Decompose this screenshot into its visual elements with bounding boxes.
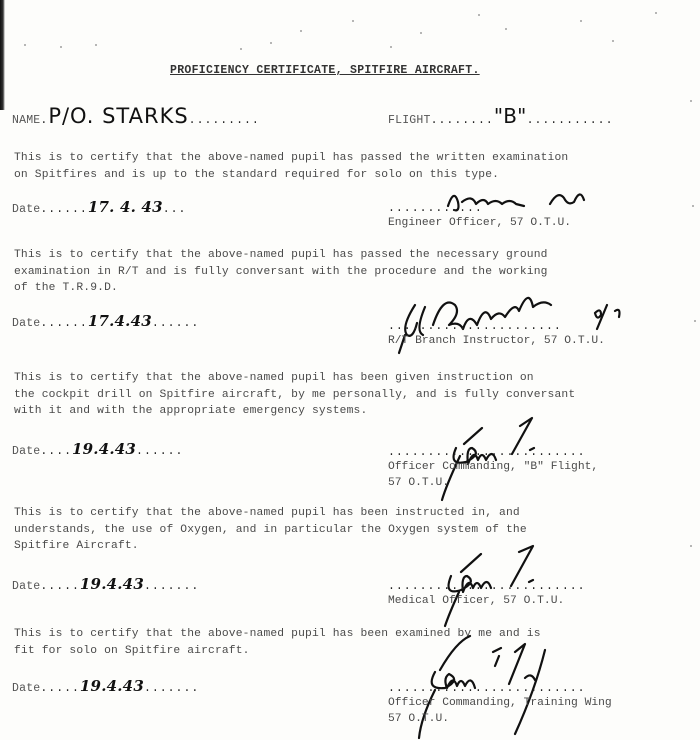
section-1-date-row: Date......17. 4. 43... [12, 198, 186, 216]
name-label: NAME [12, 114, 40, 127]
section-4-text: This is to certify that the above-named … [14, 505, 694, 555]
section-4-date-row: Date.....19.4.43....... [12, 575, 199, 593]
section-4-date: 19.4.43 [80, 575, 144, 593]
section-3-text: This is to certify that the above-named … [14, 370, 694, 420]
certificate-title: PROFICIENCY CERTIFICATE, SPITFIRE AIRCRA… [170, 64, 530, 77]
section-2-date-row: Date......17.4.43...... [12, 312, 199, 330]
scan-edge-shadow [0, 0, 5, 110]
section-1-text: This is to certify that the above-named … [14, 150, 694, 183]
section-1-date: 17. 4. 43 [88, 198, 163, 216]
section-3-date: 19.4.43 [72, 440, 136, 458]
section-5-date-row: Date.....19.4.43....... [12, 677, 199, 695]
section-2-text: This is to certify that the above-named … [14, 247, 694, 297]
flight-label: FLIGHT [388, 114, 431, 127]
section-5-date: 19.4.43 [80, 677, 144, 695]
flight-row: FLIGHT........"B"........... [388, 104, 613, 128]
section-5-signatory: ......................... Officer Comman… [388, 682, 612, 727]
name-value: P/O. STARKS [48, 104, 188, 128]
section-3-signatory: ......................... Officer Comman… [388, 446, 598, 491]
section-5-text: This is to certify that the above-named … [14, 626, 694, 659]
name-row: NAME.P/O. STARKS......... [12, 104, 260, 128]
section-4-signatory: ......................... Medical Office… [388, 580, 586, 609]
section-1-signatory: ............ Engineer Officer, 57 O.T.U. [388, 202, 571, 231]
section-2-signatory: ...................... R/T Branch Instru… [388, 320, 605, 349]
flight-value: "B" [494, 104, 527, 128]
section-3-date-row: Date....19.4.43...... [12, 440, 183, 458]
section-2-date: 17.4.43 [88, 312, 152, 330]
